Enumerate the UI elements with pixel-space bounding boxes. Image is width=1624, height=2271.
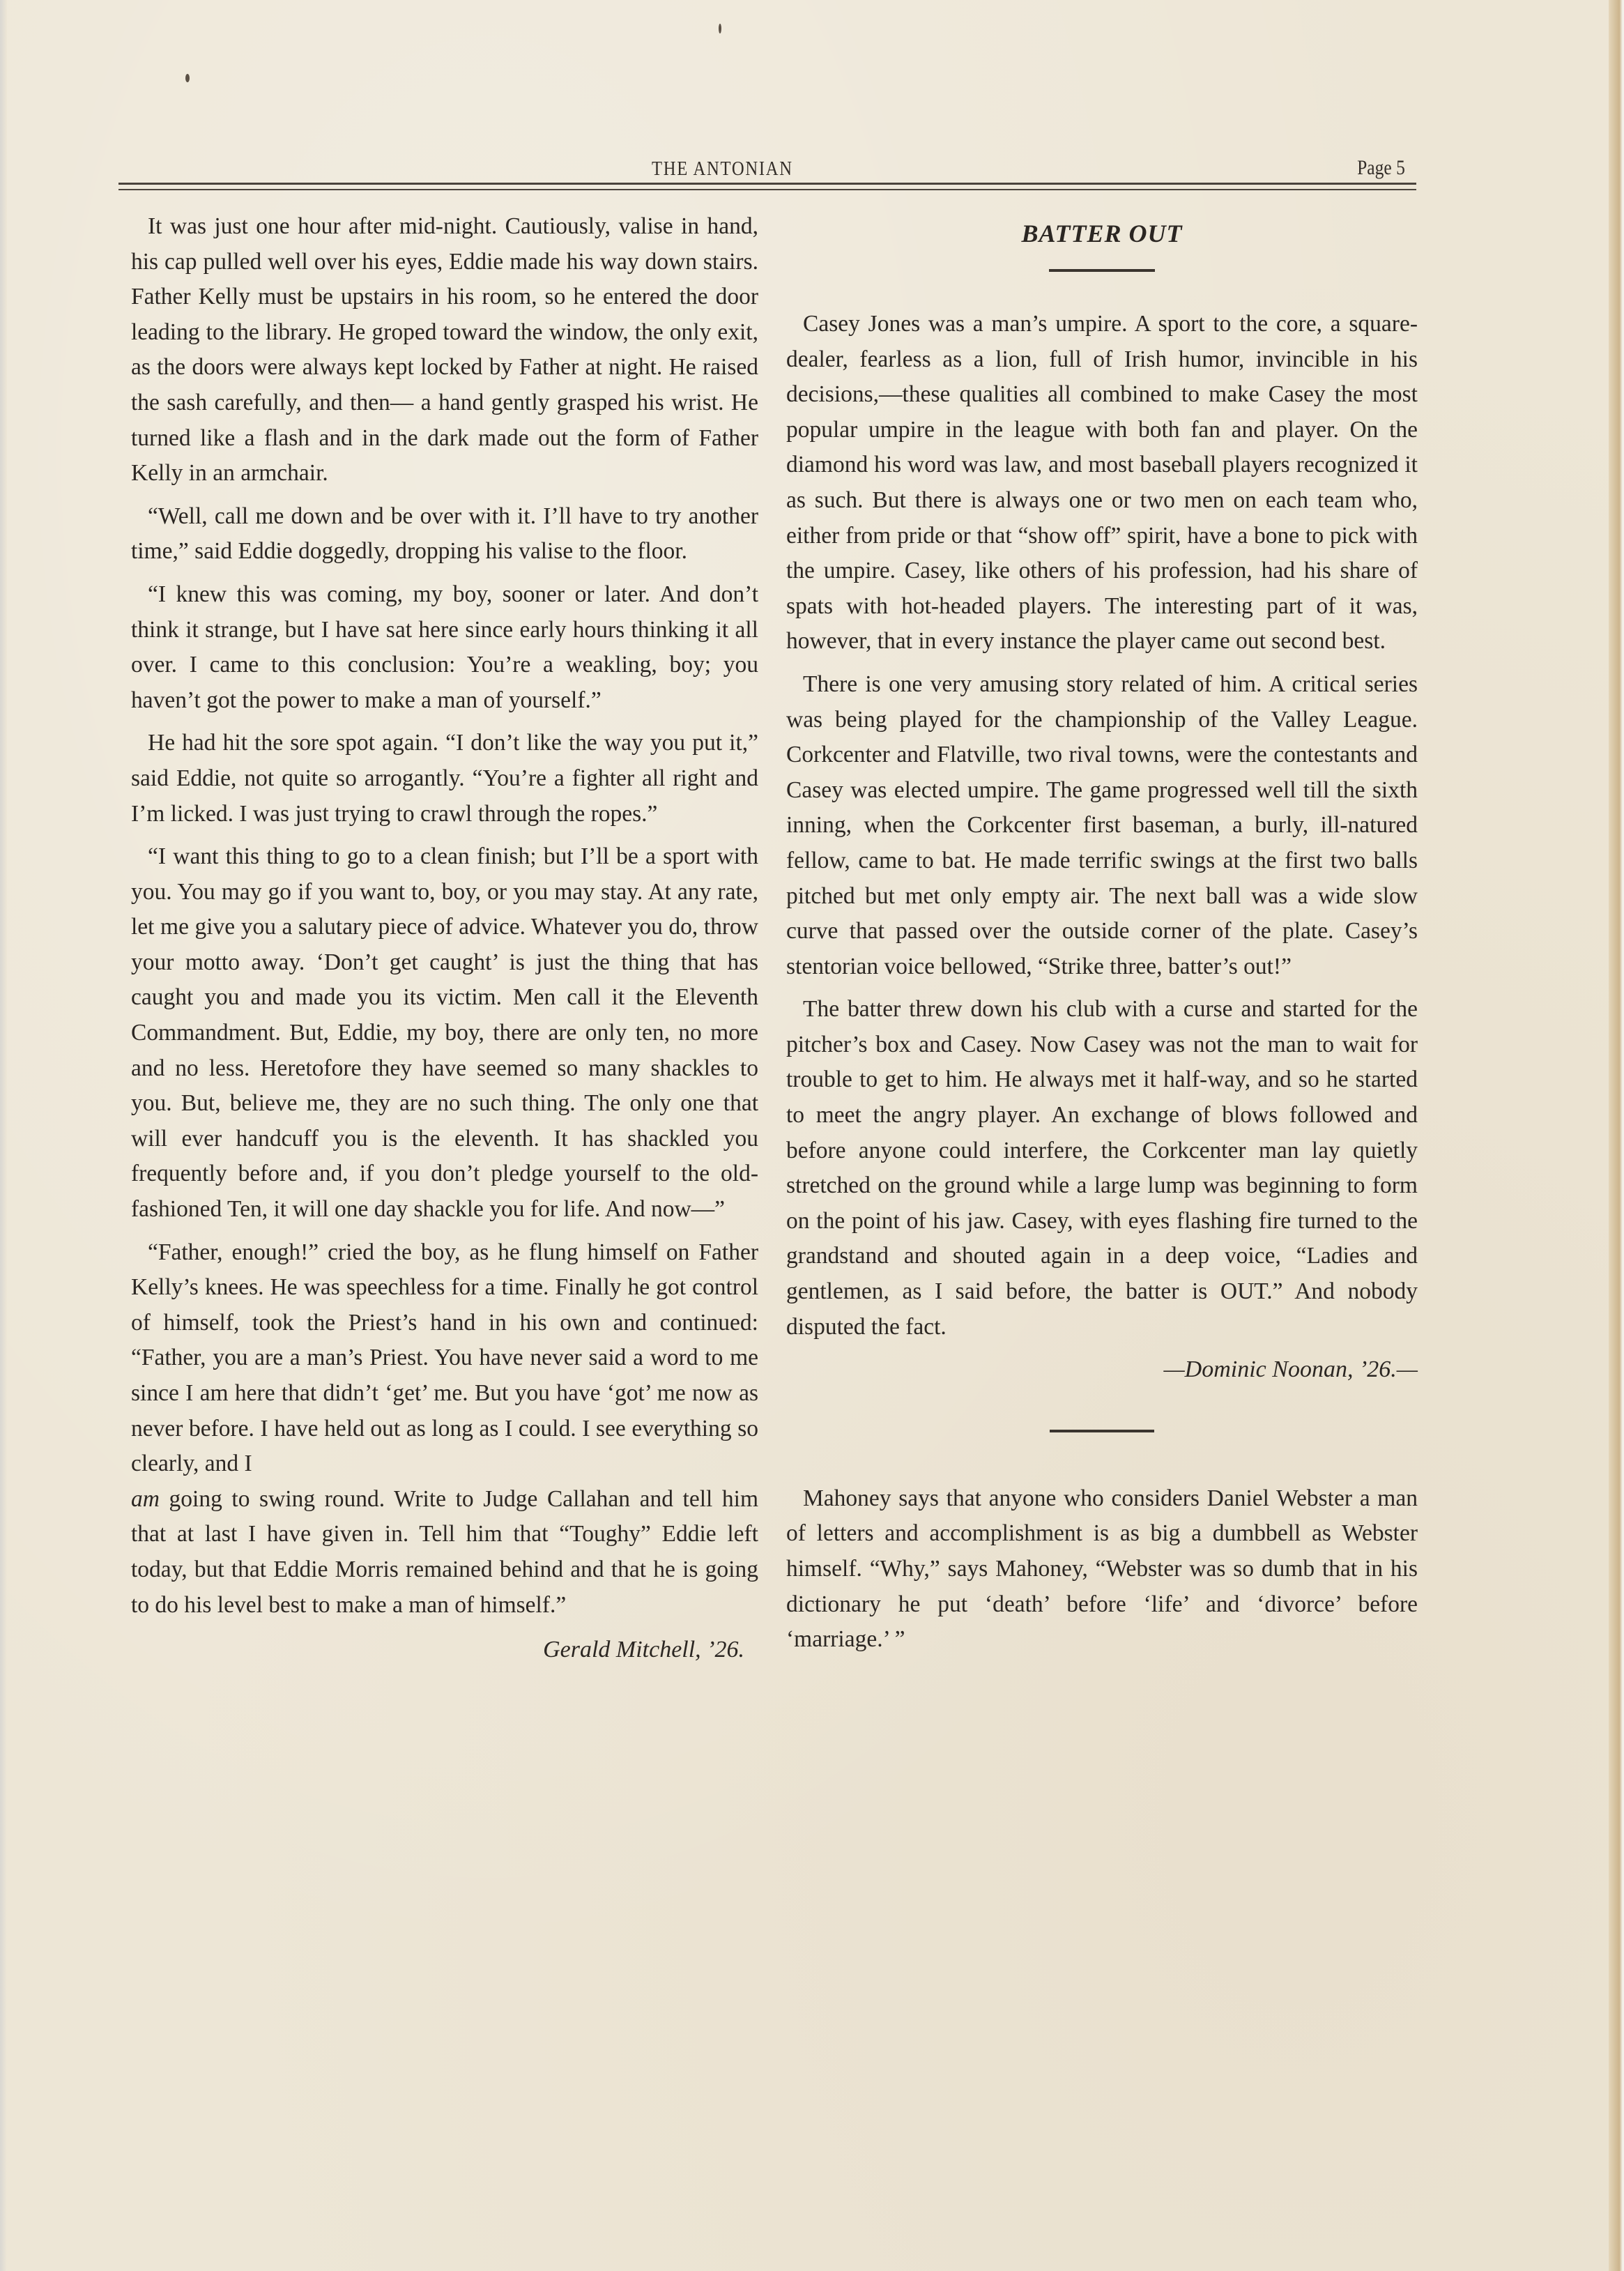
story-column-right: BATTER OUT Casey Jones was a man’s umpir…	[786, 209, 1418, 1665]
publication-title: THE ANTONIAN	[652, 158, 793, 181]
emphasized-word: am	[131, 1486, 160, 1512]
section-divider	[1050, 1430, 1154, 1432]
story-paragraph: “Well, call me down and be over with it.…	[131, 499, 758, 569]
story-paragraph-text: going to swing round. Write to Judge Cal…	[131, 1486, 758, 1618]
header-rule-top	[118, 183, 1416, 185]
header-rule-bottom	[118, 189, 1416, 190]
joke-paragraph: Mahoney says that anyone who considers D…	[786, 1481, 1418, 1658]
page-number: Page 5	[1357, 156, 1405, 180]
newspaper-page: THE ANTONIAN Page 5 It was just one hour…	[0, 0, 1624, 2271]
title-divider	[1049, 269, 1155, 272]
masthead: THE ANTONIAN Page 5	[118, 155, 1416, 190]
ink-speck	[185, 74, 190, 82]
story-paragraph: “I knew this was coming, my boy, sooner …	[131, 577, 758, 718]
page-right-edge-stain	[1609, 0, 1624, 2271]
article-title: BATTER OUT	[786, 216, 1418, 258]
article-paragraph: Casey Jones was a man’s umpire. A sport …	[786, 307, 1418, 659]
author-signature: —Dominic Noonan, ’26.—	[786, 1352, 1418, 1388]
article-paragraph: The batter threw down his club with a cu…	[786, 992, 1418, 1345]
story-paragraph: “I want this thing to go to a clean fini…	[131, 839, 758, 1228]
article-paragraph: There is one very amusing story related …	[786, 667, 1418, 984]
ink-speck	[719, 24, 721, 33]
page-left-edge	[0, 0, 7, 2271]
story-paragraph: It was just one hour after mid-night. Ca…	[131, 209, 758, 491]
story-paragraph: “Father, enough!” cried the boy, as he f…	[131, 1235, 758, 1482]
author-signature: Gerald Mitchell, ’26.	[131, 1632, 758, 1668]
story-paragraph: He had hit the sore spot again. “I don’t…	[131, 726, 758, 832]
story-column-left: It was just one hour after mid-night. Ca…	[131, 209, 758, 1668]
story-paragraph-continued: am going to swing round. Write to Judge …	[131, 1482, 758, 1623]
